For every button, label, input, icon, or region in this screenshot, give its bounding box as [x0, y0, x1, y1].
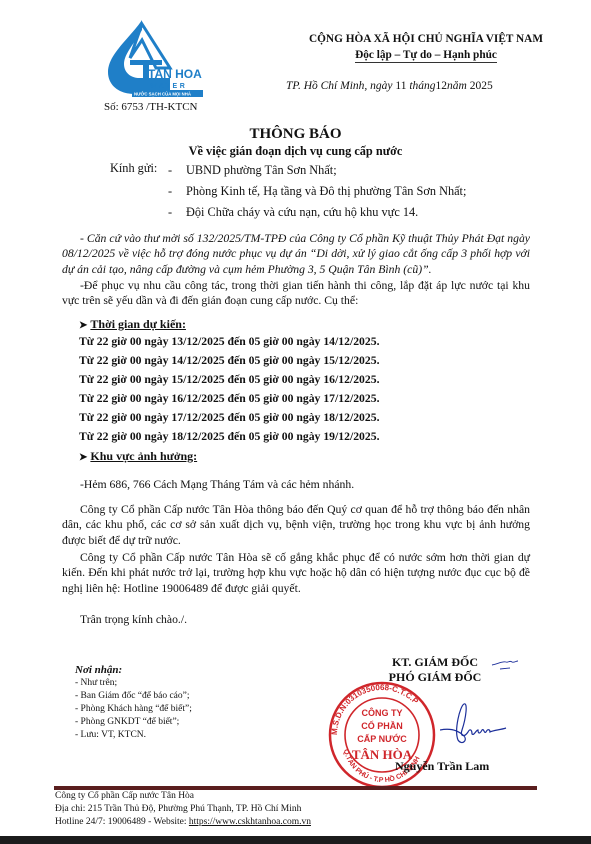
receiver-item: - Như trên;: [75, 678, 117, 688]
company-logo: TAN HOA WATER NƯỚC SẠCH CỦA MỌI NHÀ: [100, 18, 205, 98]
footer-address: Địa chỉ: 215 Trần Thủ Độ, Phường Phú Thạ…: [55, 804, 301, 814]
area-heading: ➤Khu vực ảnh hưởng:: [79, 449, 197, 464]
footer-contact: Hotline 24/7: 19006489 - Website: https:…: [55, 817, 311, 827]
schedule-item: Từ 22 giờ 00 ngày 16/12/2025 đến 05 giờ …: [79, 392, 380, 405]
document-number: Số: 6753 /TH-KTCN: [104, 101, 198, 113]
svg-text:NƯỚC SẠCH CỦA MỌI NHÀ: NƯỚC SẠCH CỦA MỌI NHÀ: [134, 92, 191, 97]
affected-area: -Hẻm 686, 766 Cách Mạng Tháng Tám và các…: [62, 477, 530, 492]
national-motto: Độc lập – Tự do – Hạnh phúc: [286, 49, 566, 61]
svg-text:CÔNG TY: CÔNG TY: [361, 707, 402, 718]
receiver-item: - Ban Giám đốc “để báo cáo”;: [75, 691, 189, 701]
notice-paragraph: Công ty Cổ phần Cấp nước Tân Hòa thông b…: [62, 502, 530, 548]
schedule-item: Từ 22 giờ 00 ngày 15/12/2025 đến 05 giờ …: [79, 373, 380, 386]
svg-text:CẤP NƯỚC: CẤP NƯỚC: [357, 733, 407, 744]
svg-text:CỔ PHẦN: CỔ PHẦN: [361, 720, 403, 731]
commitment-paragraph: Công ty Cổ phần Cấp nước Tân Hòa sẽ cố g…: [62, 550, 530, 596]
national-title: CỘNG HÒA XÃ HỘI CHỦ NGHĨA VIỆT NAM: [286, 33, 566, 45]
schedule-item: Từ 22 giờ 00 ngày 18/12/2025 đến 05 giờ …: [79, 430, 380, 443]
recipients-label: Kính gửi:: [110, 161, 157, 176]
initial-mark: [490, 655, 520, 671]
handwritten-signature: [440, 700, 525, 750]
receiver-item: - Phòng Khách hàng “để biết”;: [75, 704, 192, 714]
svg-text:TAN HOA: TAN HOA: [148, 67, 202, 81]
document-subtitle: Về việc gián đoạn dịch vụ cung cấp nước: [0, 144, 591, 159]
arrow-bullet-icon: ➤: [79, 320, 87, 331]
arrow-bullet-icon: ➤: [79, 452, 87, 463]
footer-divider: [54, 786, 537, 790]
recipient-item: -Phòng Kinh tế, Hạ tầng và Đô thị phường…: [168, 184, 466, 199]
receivers-label: Nơi nhận:: [75, 664, 122, 676]
svg-text:WATER: WATER: [150, 83, 187, 90]
website-link[interactable]: https://www.cskhtanhoa.com.vn: [189, 817, 311, 827]
basis-paragraph: - Căn cứ vào thư mời số 132/2025/TM-TPĐ …: [62, 231, 530, 277]
receiver-item: - Phòng GNKDT “để biết”;: [75, 717, 179, 727]
schedule-item: Từ 22 giờ 00 ngày 17/12/2025 đến 05 giờ …: [79, 411, 380, 424]
recipient-item: -UBND phường Tân Sơn Nhất;: [168, 163, 337, 178]
schedule-item: Từ 22 giờ 00 ngày 13/12/2025 đến 05 giờ …: [79, 335, 380, 348]
footer-company: Công ty Cổ phần Cấp nước Tân Hòa: [55, 791, 194, 801]
signature-title: KT. GIÁM ĐỐC: [380, 655, 490, 670]
place-date: TP. Hồ Chí Minh, ngày 11 tháng12năm 2025: [286, 80, 493, 92]
recipient-item: -Đội Chữa cháy và cứu nạn, cứu hộ khu vự…: [168, 205, 418, 220]
schedule-heading: ➤Thời gian dự kiến:: [79, 317, 186, 332]
signer-name: Nguyễn Trần Lam: [395, 759, 489, 774]
purpose-paragraph: -Để phục vụ nhu cầu công tác, trong thời…: [62, 278, 530, 309]
viewer-bottom-bar: [0, 836, 591, 844]
document-title: THÔNG BÁO: [0, 126, 591, 143]
receiver-item: - Lưu: VT, KTCN.: [75, 730, 146, 740]
schedule-item: Từ 22 giờ 00 ngày 14/12/2025 đến 05 giờ …: [79, 354, 380, 367]
closing-line: Trân trọng kính chào./.: [62, 612, 530, 627]
